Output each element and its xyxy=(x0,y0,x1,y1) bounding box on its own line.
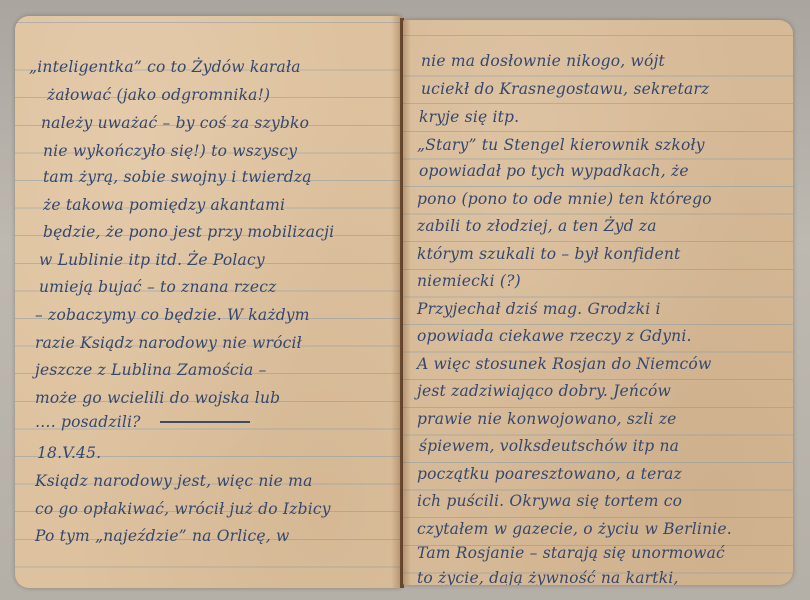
handwritten-line: że takowa pomiędzy akantami xyxy=(43,192,285,220)
handwritten-line: należy uważać – by coś za szybko xyxy=(41,110,309,138)
handwritten-line: umieją bujać – to znana rzecz xyxy=(39,274,276,302)
handwritten-line: to życie, dają żywność na kartki, xyxy=(417,565,679,585)
handwritten-line: ich puścili. Okrywa się tortem co xyxy=(417,488,682,516)
handwritten-line: Ksiądz narodowy jest, więc nie ma xyxy=(35,468,313,496)
handwritten-line: nie wykończyło się!) to wszyscy xyxy=(43,138,297,166)
handwritten-line: A więc stosunek Rosjan do Niemców xyxy=(417,351,711,379)
handwritten-line: prawie nie konwojowano, szli ze xyxy=(417,406,677,434)
handwritten-line: opowiada ciekawe rzeczy z Gdyni. xyxy=(417,323,692,351)
left-page: „inteligentka” co to Żydów karała żałowa… xyxy=(15,16,401,588)
handwritten-line: „inteligentka” co to Żydów karała xyxy=(29,54,301,82)
handwritten-line: początku poaresztowano, a teraz xyxy=(417,461,682,489)
section-divider xyxy=(160,421,250,423)
handwritten-line: „Stary” tu Stengel kierownik szkoły xyxy=(417,132,705,160)
handwritten-line: zabili to złodziej, a ten Żyd za xyxy=(417,213,657,241)
handwritten-line: którym szukali to – był konfident xyxy=(417,241,680,269)
handwritten-line: Przyjechał dziś mag. Grodzki i xyxy=(417,296,661,324)
right-page: nie ma dosłownie nikogo, wójt uciekł do … xyxy=(403,20,793,585)
handwritten-line: będzie, że pono jest przy mobilizacji xyxy=(43,219,334,247)
handwritten-line: razie Ksiądz narodowy nie wrócił xyxy=(35,330,302,358)
handwritten-line: Po tym „najeździe” na Orlicę, w xyxy=(35,523,290,551)
handwritten-line: pono (pono to ode mnie) ten którego xyxy=(417,186,712,214)
handwritten-line: w Lublinie itp itd. Że Polacy xyxy=(39,247,265,275)
handwritten-line: – zobaczymy co będzie. W każdym xyxy=(35,302,310,330)
handwritten-line: niemiecki (?) xyxy=(417,268,521,296)
handwritten-line: kryje się itp. xyxy=(419,104,519,132)
handwritten-line: żałować (jako odgromnika!) xyxy=(47,82,270,110)
handwritten-line: …. posadzili? xyxy=(35,409,141,437)
handwritten-line: nie ma dosłownie nikogo, wójt xyxy=(421,48,665,76)
handwritten-line: jest zadziwiająco dobry. Jeńców xyxy=(417,378,671,406)
handwritten-line: co go opłakiwać, wrócił już do Izbicy xyxy=(35,496,331,524)
handwritten-line: Tam Rosjanie – starają się unormować xyxy=(417,540,725,568)
handwritten-line: śpiewem, volksdeutschów itp na xyxy=(419,433,679,461)
handwritten-line: uciekł do Krasnegostawu, sekretarz xyxy=(421,76,709,104)
handwritten-line: jeszcze z Lublina Zamościa – xyxy=(35,357,267,385)
handwritten-line: tam żyrą, sobie swojny i twierdzą xyxy=(43,164,312,192)
entry-date: 18.V.45. xyxy=(37,440,101,468)
handwritten-line: opowiadał po tych wypadkach, że xyxy=(419,158,689,186)
